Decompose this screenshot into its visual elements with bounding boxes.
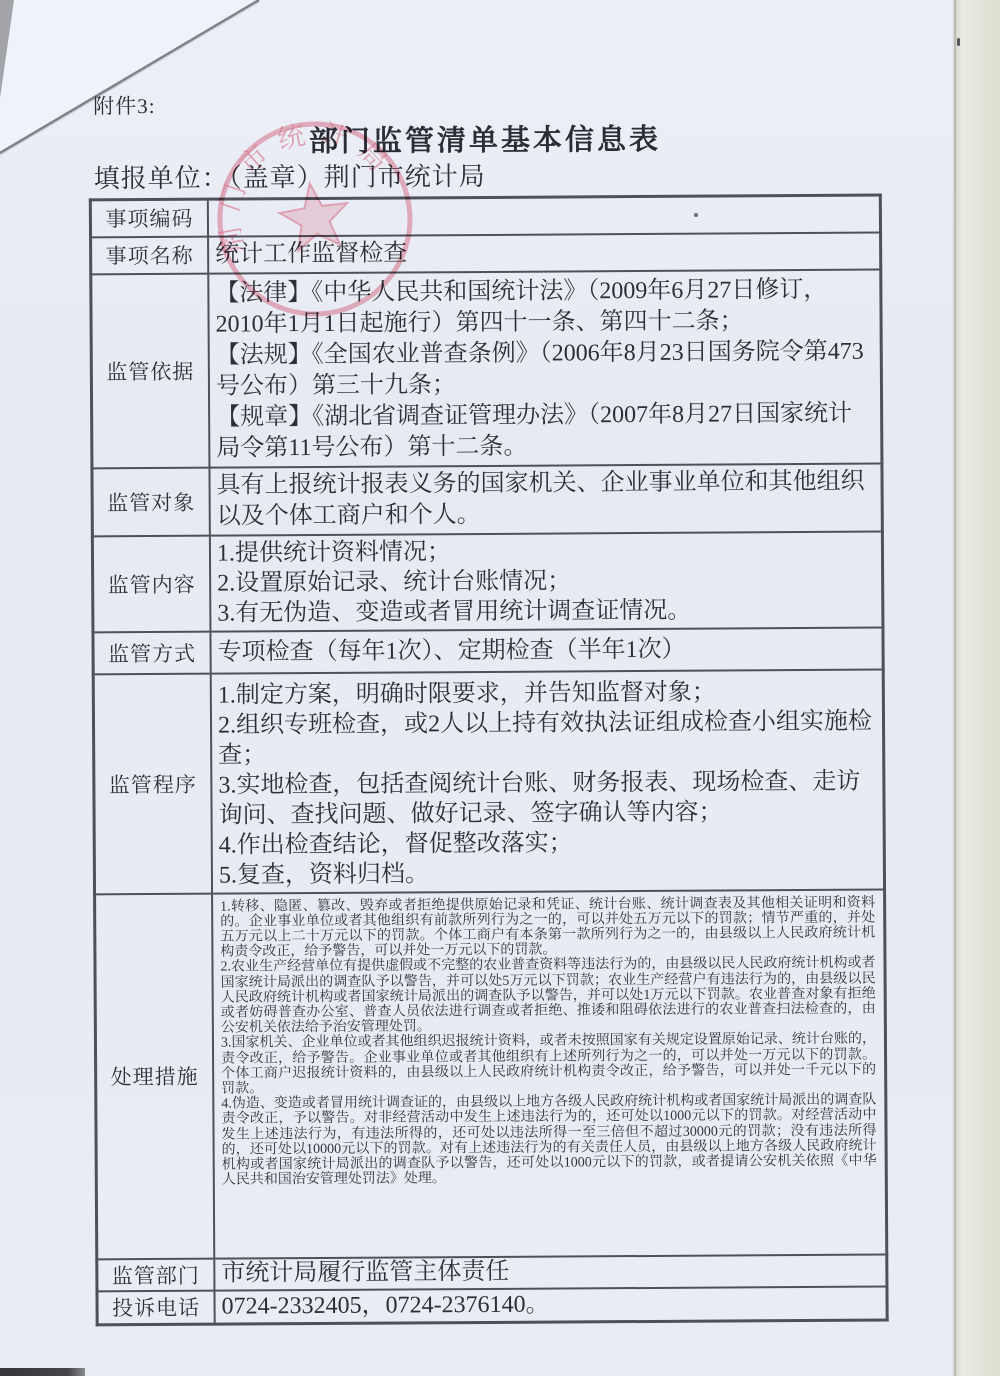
procedure-step-5: 5.复查，资料归档。 <box>219 856 877 890</box>
label-handling-measures: 处理措施 <box>95 893 215 1259</box>
value-complaint-phone: 0724-2332405，0724-2376140。 <box>214 1286 887 1324</box>
scan-speck <box>957 38 960 46</box>
official-seal: 荆门市统计局 <box>195 99 436 340</box>
content-item-3: 3.有无伪造、变造或者冒用统计调查证情况。 <box>217 594 875 628</box>
value-regulatory-targets: 具有上报统计报表义务的国家机关、企业事业单位和其他组织以及个体工商户和个人。 <box>209 463 882 535</box>
attachment-label: 附件3: <box>93 90 156 120</box>
label-regulatory-procedure: 监管程序 <box>93 673 212 894</box>
table-row-complaint-phone: 投诉电话 0724-2332405，0724-2376140。 <box>97 1286 887 1325</box>
content-item-2: 2.设置原始记录、统计台账情况； <box>217 564 875 598</box>
value-regulatory-department: 市统计局履行监管主体责任 <box>214 1254 887 1290</box>
measures-paragraph-4: 4.伪造、变造或者冒用统计调查证的，由县级以上地方各级人民政府统计机构或者国家统… <box>221 1093 877 1188</box>
content-item-1: 1.提供统计资料情况； <box>217 534 875 568</box>
table-row-regulatory-content: 监管内容 1.提供统计资料情况； 2.设置原始记录、统计台账情况； 3.有无伪造… <box>92 531 883 632</box>
value-handling-measures: 1.转移、隐匿、篡改、毁弃或者拒绝提供原始记录和凭证、统计台账、统计调查表及其他… <box>212 889 887 1258</box>
value-regulatory-procedure: 1.制定方案，明确时限要求，并告知监督对象； 2.组织专班检查，或2人以上持有效… <box>211 669 885 893</box>
basis-regulation-line: 【法规】《全国农业普查条例》（2006年8月23日国务院令第473号公布）第三十… <box>216 336 874 402</box>
document: 附件3: 部门监管清单基本信息表 填报单位：（盖章）荆门市统计局 事项编码 事项… <box>0 0 958 1376</box>
procedure-step-4: 4.作出检查结论，督促整改落实； <box>219 826 877 860</box>
label-regulatory-content: 监管内容 <box>92 535 210 632</box>
table-row-item-name: 事项名称 统计工作监督检查 <box>91 232 881 274</box>
value-regulatory-content: 1.提供统计资料情况； 2.设置原始记录、统计台账情况； 3.有无伪造、变造或者… <box>210 531 883 631</box>
label-regulatory-department: 监管部门 <box>97 1258 215 1291</box>
measures-paragraph-1: 1.转移、隐匿、篡改、毁弃或者拒绝提供原始记录和凭证、统计台账、统计调查表及其他… <box>220 895 875 960</box>
table-row-regulatory-targets: 监管对象 具有上报统计报表义务的国家机关、企业事业单位和其他组织以及个体工商户和… <box>92 463 882 536</box>
table-row-handling-measures: 处理措施 1.转移、隐匿、篡改、毁弃或者拒绝提供原始记录和凭证、统计台账、统计调… <box>95 889 887 1259</box>
scanner-background-strip <box>954 0 1000 1376</box>
label-regulatory-basis: 监管依据 <box>91 273 210 468</box>
label-regulatory-targets: 监管对象 <box>92 467 210 536</box>
procedure-step-1: 1.制定方案，明确时限要求，并告知监督对象； <box>218 676 876 710</box>
table-row-regulatory-department: 监管部门 市统计局履行监管主体责任 <box>97 1254 887 1291</box>
basis-rule-line: 【规章】《湖北省调查证管理办法》（2007年8月27日国家统计局令第11号公布）… <box>216 398 874 464</box>
table-row-regulatory-procedure: 监管程序 1.制定方案，明确时限要求，并告知监督对象； 2.组织专班检查，或2人… <box>93 669 884 894</box>
procedure-step-3: 3.实地检查，包括查阅统计台账、财务报表、现场检查、走访询问、查找问题、做好记录… <box>218 766 876 830</box>
value-regulatory-method: 专项检查（每年1次）、定期检查（半年1次） <box>210 627 883 673</box>
seal-star-icon <box>276 178 353 252</box>
measures-paragraph-3: 3.国家机关、企业单位或者其他组织迟报统计资料，或者未按照国家有关规定设置原始记… <box>221 1032 876 1097</box>
measures-paragraph-2: 2.农业生产经营单位有提供虚假或不完整的农业普查资料等违法行为的，由县级以民人民… <box>220 956 875 1036</box>
info-table: 事项编码 事项名称 统计工作监督检查 监管依据 【法律】《中华人民共和国统计法》… <box>89 194 889 1327</box>
table-row-regulatory-basis: 监管依据 【法律】《中华人民共和国统计法》（2009年6月27日修订，2010年… <box>91 269 882 468</box>
label-item-name: 事项名称 <box>91 236 209 274</box>
label-regulatory-method: 监管方式 <box>93 631 211 674</box>
label-complaint-phone: 投诉电话 <box>97 1290 215 1325</box>
label-item-code: 事项编码 <box>90 199 208 237</box>
table-row-regulatory-method: 监管方式 专项检查（每年1次）、定期检查（半年1次） <box>93 627 883 674</box>
procedure-step-2: 2.组织专班检查，或2人以上持有效执法证组成检查小组实施检查； <box>218 706 876 770</box>
